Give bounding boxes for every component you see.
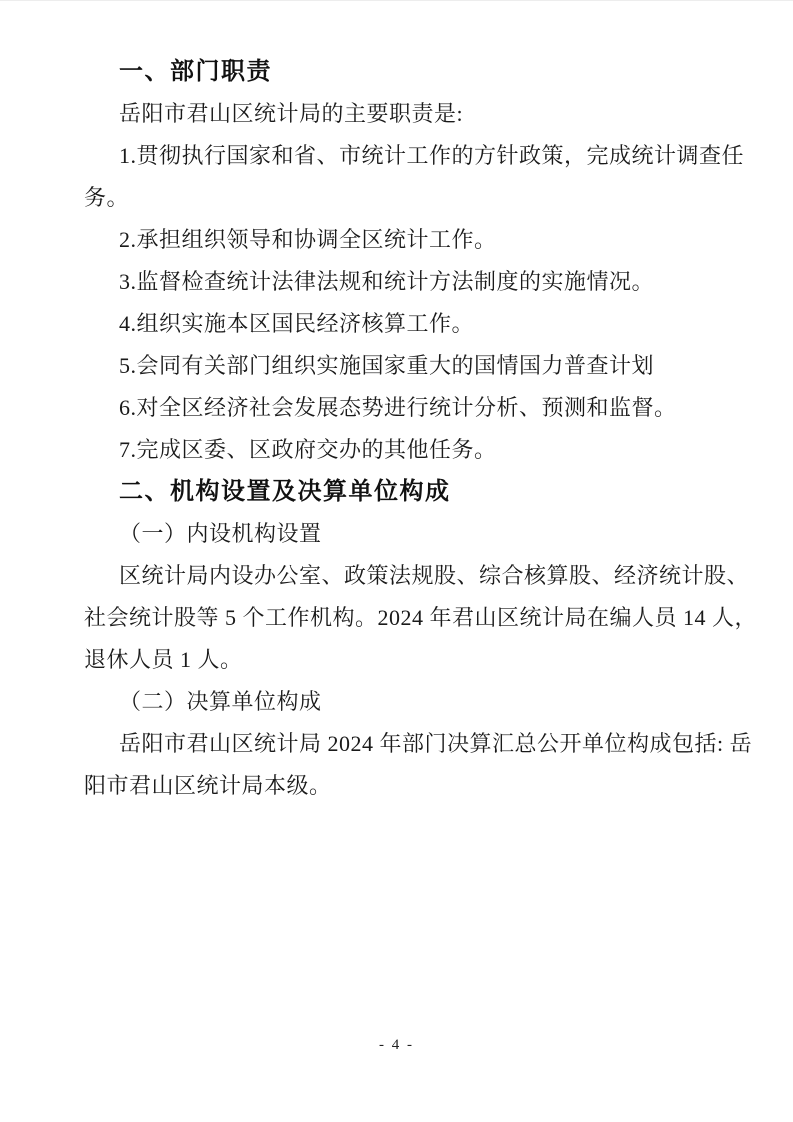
duty-item-3: 3.监督检查统计法律法规和统计方法制度的实施情况。 [84, 261, 749, 303]
duty-item-7: 7.完成区委、区政府交办的其他任务。 [84, 429, 749, 471]
subsection-heading-1: （一）内设机构设置 [84, 513, 749, 555]
page-number: - 4 - [379, 1037, 414, 1053]
org-paragraph-line-3: 退休人员 1 人。 [84, 639, 749, 681]
duty-item-1-line-2: 务。 [84, 177, 749, 219]
org-paragraph-line-2: 社会统计股等 5 个工作机构。2024 年君山区统计局在编人员 14 人， [84, 597, 749, 639]
units-paragraph-line-2: 阳市君山区统计局本级。 [84, 765, 749, 807]
page-footer: - 4 - [0, 1037, 793, 1054]
paragraph-intro: 岳阳市君山区统计局的主要职责是: [84, 93, 749, 135]
document-content: 一、部门职责 岳阳市君山区统计局的主要职责是: 1.贯彻执行国家和省、市统计工作… [84, 51, 749, 807]
section-heading-2: 二、机构设置及决算单位构成 [84, 471, 749, 513]
units-paragraph-line-1: 岳阳市君山区统计局 2024 年部门决算汇总公开单位构成包括: 岳 [84, 723, 749, 765]
document-page: 一、部门职责 岳阳市君山区统计局的主要职责是: 1.贯彻执行国家和省、市统计工作… [0, 0, 793, 1122]
duty-item-2: 2.承担组织领导和协调全区统计工作。 [84, 219, 749, 261]
section-heading-1: 一、部门职责 [84, 51, 749, 93]
duty-item-4: 4.组织实施本区国民经济核算工作。 [84, 303, 749, 345]
org-paragraph-line-1: 区统计局内设办公室、政策法规股、综合核算股、经济统计股、 [84, 555, 749, 597]
duty-item-6: 6.对全区经济社会发展态势进行统计分析、预测和监督。 [84, 387, 749, 429]
duty-item-5: 5.会同有关部门组织实施国家重大的国情国力普查计划 [84, 345, 749, 387]
subsection-heading-2: （二）决算单位构成 [84, 681, 749, 723]
duty-item-1-line-1: 1.贯彻执行国家和省、市统计工作的方针政策，完成统计调查任 [84, 135, 749, 177]
